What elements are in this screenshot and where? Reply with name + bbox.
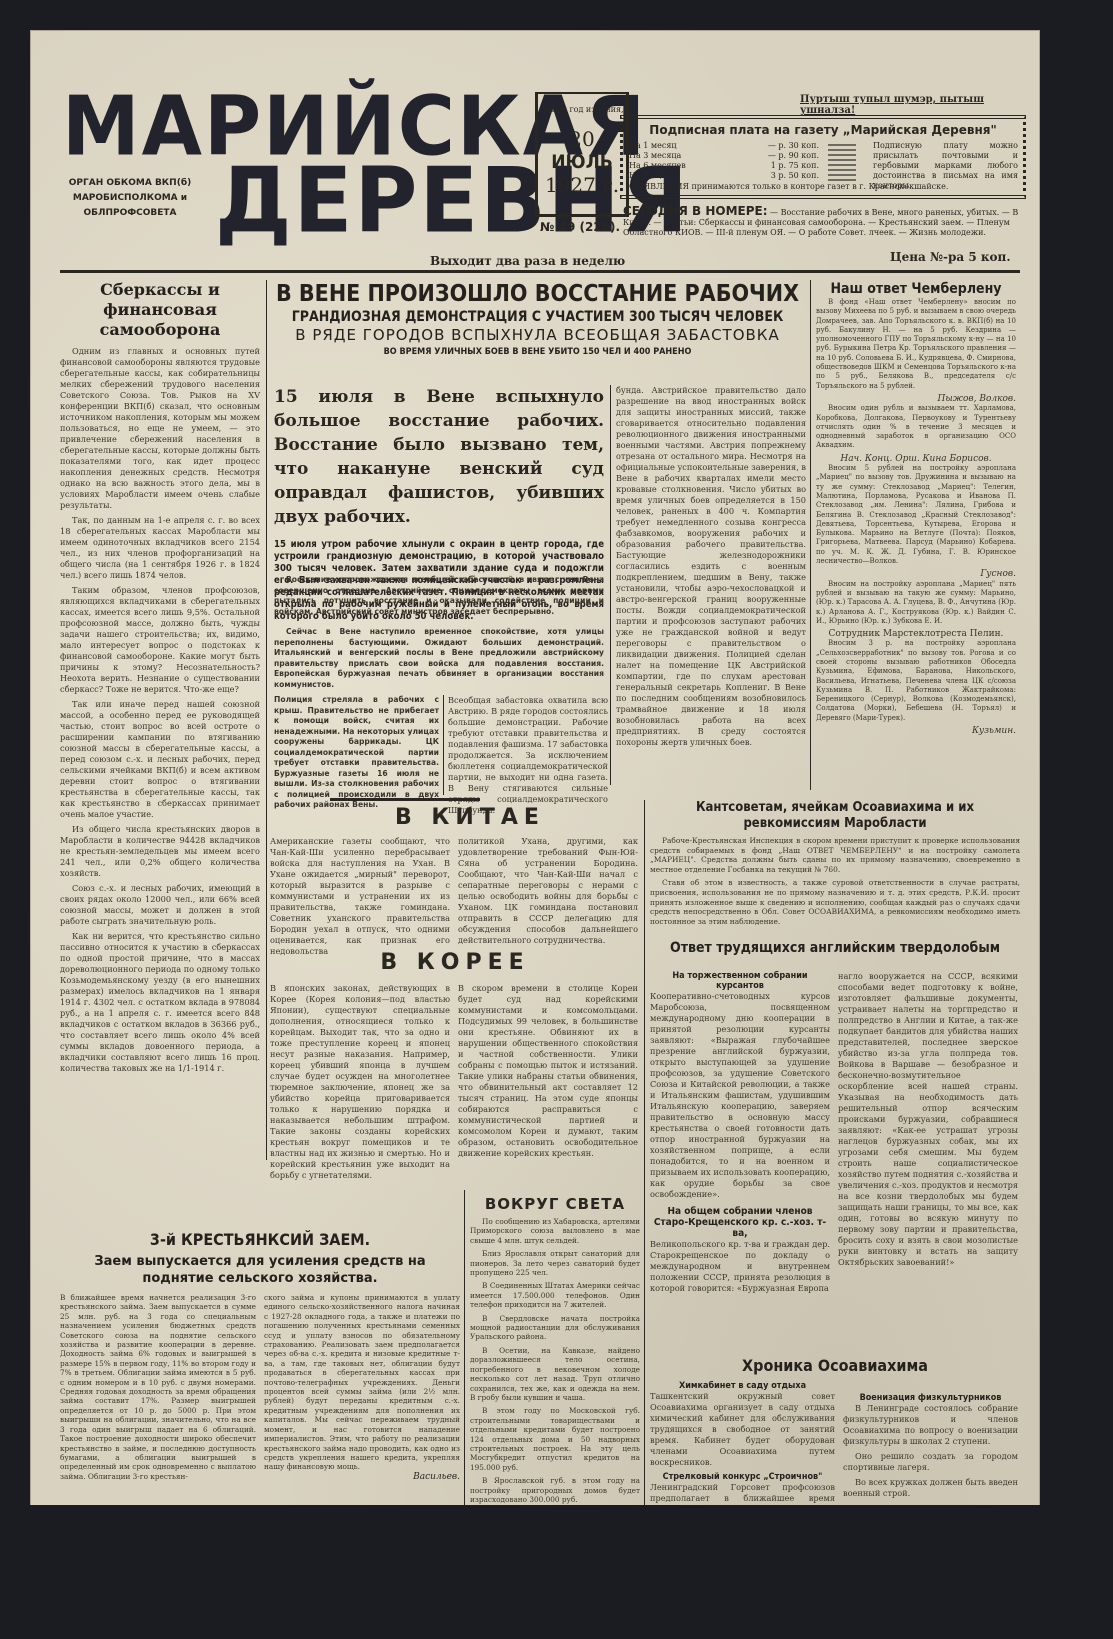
subhead: На общем собрании членов Старо-Крещенско… xyxy=(650,1206,830,1239)
article-body: В ближайшее время начнется реализация 3-… xyxy=(60,1293,256,1482)
organ-line: МАРОБИСПОЛКОМА и xyxy=(60,191,200,206)
column-divider xyxy=(810,280,811,790)
vienna-headline: В ВЕНЕ ПРОИЗОШЛО ВОССТАНИЕ РАБОЧИХ xyxy=(270,280,805,308)
signature: Гуснов. xyxy=(816,570,1016,579)
korea-col1: В японских законах, действующих в Корее … xyxy=(270,983,450,1181)
vienna-secondary: Восстание сопровождается всеобщей забаст… xyxy=(274,575,604,690)
article-title: 3-й КРЕСТЬЯНКСИЙ ЗАЕМ. xyxy=(60,1230,460,1249)
vienna-subhead: ВО ВРЕМЯ УЛИЧНЫХ БОЕВ В ВЕНЕ УБИТО 150 Ч… xyxy=(270,345,805,359)
article-title: Ответ трудящихся английским твердолобым xyxy=(650,935,1020,961)
date-day: 20 xyxy=(538,127,626,151)
date-month: ИЮЛЬ xyxy=(538,151,626,173)
subhead: Военизация физкультурников xyxy=(843,1393,1018,1403)
subhead: Химкабинет в саду отдыха xyxy=(650,1381,835,1391)
article-body: Великопольского кр. т-ва и граждан дер. … xyxy=(650,1239,830,1294)
column-divider xyxy=(464,1190,465,1535)
article-chamberlain: Наш ответ Чемберлену В фонд «Наш ответ Ч… xyxy=(816,280,1016,736)
article-british: Ответ трудящихся английским твердолобым … xyxy=(650,935,1020,1294)
subhead: Сотрудник Марстеклотреста Пелин. xyxy=(816,630,1016,639)
subhead: На торжественном собрании курсантов xyxy=(650,971,830,991)
article-title: В КОРЕЕ xyxy=(270,950,640,975)
price: Цена №-ра 5 коп. xyxy=(890,250,1011,264)
ornament-icon xyxy=(828,141,856,181)
article-body: Ташкентский окружный совет Осоавиахима о… xyxy=(650,1391,835,1468)
motto: Пуртыш тупыл шумэр, пытыш ушналза! xyxy=(800,94,1040,116)
article-body: Кооперативно-счетоводных курсов Маробсою… xyxy=(650,991,830,1200)
article-body: ского займа и купоны принимаются в уплат… xyxy=(264,1293,460,1472)
organ-line: ОБЛПРОФСОВЕТА xyxy=(60,206,200,221)
issue-number: № 49 (226). xyxy=(540,220,620,234)
article-loan: 3-й КРЕСТЬЯНКСИЙ ЗАЕМ. Заем выпускается … xyxy=(60,1230,460,1482)
vienna-subhead: В РЯДЕ ГОРОДОВ ВСПЫХНУЛА ВСЕОБЩАЯ ЗАБАСТ… xyxy=(270,326,805,345)
article-china: В КИТАЕ Американские газеты сообщают, чт… xyxy=(270,805,640,957)
today-in-issue: СЕГОДНЯ В НОМЕРЕ: — Восстание рабочих в … xyxy=(623,206,1023,238)
column-divider xyxy=(644,800,645,1535)
organ-line: ОРГАН ОБКОМА ВКП(б) xyxy=(60,176,200,191)
korea-col2: В скором времени в столице Кореи будет с… xyxy=(458,983,638,1181)
scan-background xyxy=(0,1505,1113,1639)
signature: Пыжов, Волков. xyxy=(816,395,1016,404)
vienna-col-left: Полиция стреляла в рабочих с крыш. Прави… xyxy=(274,695,439,811)
article-title: Сберкассы и финансовая самооборона xyxy=(60,280,260,340)
article-title: Наш ответ Чемберлену xyxy=(816,280,1016,298)
rate-row: На 1 год3 р. 50 коп. xyxy=(629,171,819,181)
date-year: 1927 г. xyxy=(538,173,626,197)
article-subtitle: Заем выпускается для усиления средств на… xyxy=(60,1253,460,1287)
subscription-rates: На 1 месяц— р. 30 коп. На 3 месяца— р. 9… xyxy=(629,141,819,181)
section-divider xyxy=(330,798,480,801)
newspaper-page: МАРИЙСКАЯ ДЕРЕВНЯ ОРГАН ОБКОМА ВКП(б) МА… xyxy=(30,30,1040,1605)
article-body: нагло вооружается на СССР, всякими спосо… xyxy=(838,971,1018,1294)
china-col1: Американские газеты сообщают, что Чан-Ка… xyxy=(270,836,450,957)
year-of-publication: пятый год издания, xyxy=(538,104,626,115)
article-body: В фонд «Наш ответ Чемберлену» вносим по … xyxy=(816,298,1016,736)
article-title: Хроника Осоавиахима xyxy=(650,1355,1020,1377)
today-label: СЕГОДНЯ В НОМЕРЕ: xyxy=(623,204,768,218)
signature: Нач. Конц. Орш. Кина Борисов. xyxy=(816,455,1016,464)
publisher-organ: ОРГАН ОБКОМА ВКП(б) МАРОБИСПОЛКОМА и ОБЛ… xyxy=(60,176,200,221)
vienna-subhead: ГРАНДИОЗНАЯ ДЕМОНСТРАЦИЯ С УЧАСТИЕМ 300 … xyxy=(270,308,805,326)
article-title: В КИТАЕ xyxy=(270,805,640,830)
article-korea: В КОРЕЕ В японских законах, действующих … xyxy=(270,950,640,1181)
signature: Васильев. xyxy=(264,1472,460,1482)
masthead-divider xyxy=(60,270,1020,273)
article-title: Кантсоветам, ячейкам Осоавиахима и их ре… xyxy=(650,800,1020,832)
article-vienna: В ВЕНЕ ПРОИЗОШЛО ВОССТАНИЕ РАБОЧИХ ГРАНД… xyxy=(270,280,805,359)
ads-note: ОБ'ЯВЛЕНИЯ принимаются только в конторе … xyxy=(629,182,948,191)
vienna-right-column: бунда. Австрийское правительство дало ра… xyxy=(616,385,806,748)
article-body: Рабоче-Крестьянская Инспекция в скором в… xyxy=(650,836,1020,926)
article-title: ВОКРУГ СВЕТА xyxy=(470,1195,640,1213)
column-divider xyxy=(443,695,444,795)
rate-row: На 6 месяцев1 р. 75 коп. xyxy=(629,161,819,171)
article-savings: Сберкассы и финансовая самооборона Одним… xyxy=(60,280,260,1078)
subscription-box: Подписная плата на газету „Марийская Дер… xyxy=(620,115,1026,199)
date-box: пятый год издания, 20 ИЮЛЬ 1927 г. xyxy=(535,92,629,217)
article-body: В Ленинграде состоялось собрание физкуль… xyxy=(843,1403,1018,1499)
subhead: Стрелковый конкурс „Строичнов" xyxy=(650,1472,835,1482)
signature: Кузьмин. xyxy=(816,727,1016,736)
rate-row: На 1 месяц— р. 30 коп. xyxy=(629,141,819,151)
subscription-title: Подписная плата на газету „Марийская Дер… xyxy=(623,123,1023,137)
column-divider xyxy=(266,280,267,1160)
article-body: Одним из главных и основных путей финанс… xyxy=(60,346,260,1074)
publication-frequency: Выходит два раза в неделю xyxy=(430,254,625,268)
china-col2: политикой Ухана, другими, как удовлетвор… xyxy=(458,836,638,957)
rate-row: На 3 месяца— р. 90 коп. xyxy=(629,151,819,161)
column-divider xyxy=(610,385,611,785)
article-kanton: Кантсоветам, ячейкам Осоавиахима и их ре… xyxy=(650,800,1020,930)
vienna-lead: 15 июля в Вене вспыхнуло большое восстан… xyxy=(274,385,604,529)
